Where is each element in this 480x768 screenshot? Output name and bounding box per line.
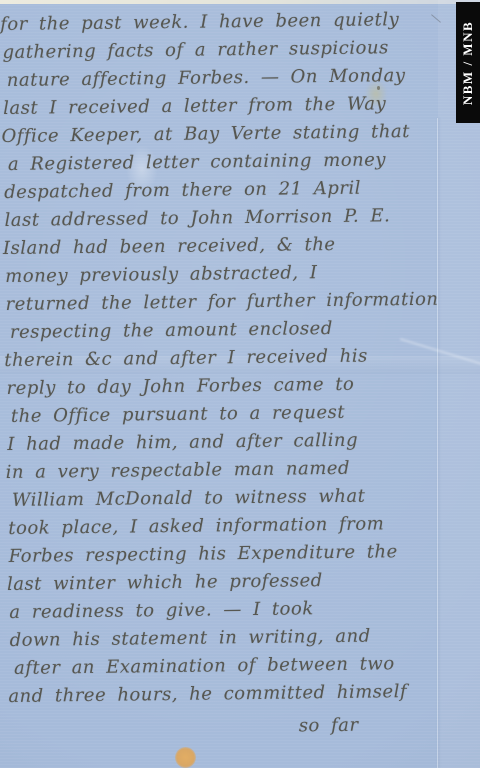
letter-line: Office Keeper, at Bay Verte stating that (1, 117, 469, 151)
letter-line: nature affecting Forbes. — On Monday (7, 61, 469, 95)
archive-label-text: NBM / MNB (460, 20, 476, 104)
stain-bottom-dot (175, 747, 196, 768)
letter-page: for the past week. I have been quietly g… (0, 0, 480, 768)
paper-top-edge (0, 0, 480, 4)
letter-line: returned the letter for further informat… (5, 285, 471, 319)
letter-catchword: so far (11, 710, 477, 744)
letter-line: and three hours, he committed himself (8, 677, 476, 711)
archive-label: NBM / MNB (456, 2, 480, 123)
letter-text: for the past week. I have been quietly g… (2, 5, 477, 744)
letter-line: for the past week. I have been quietly (0, 5, 468, 39)
